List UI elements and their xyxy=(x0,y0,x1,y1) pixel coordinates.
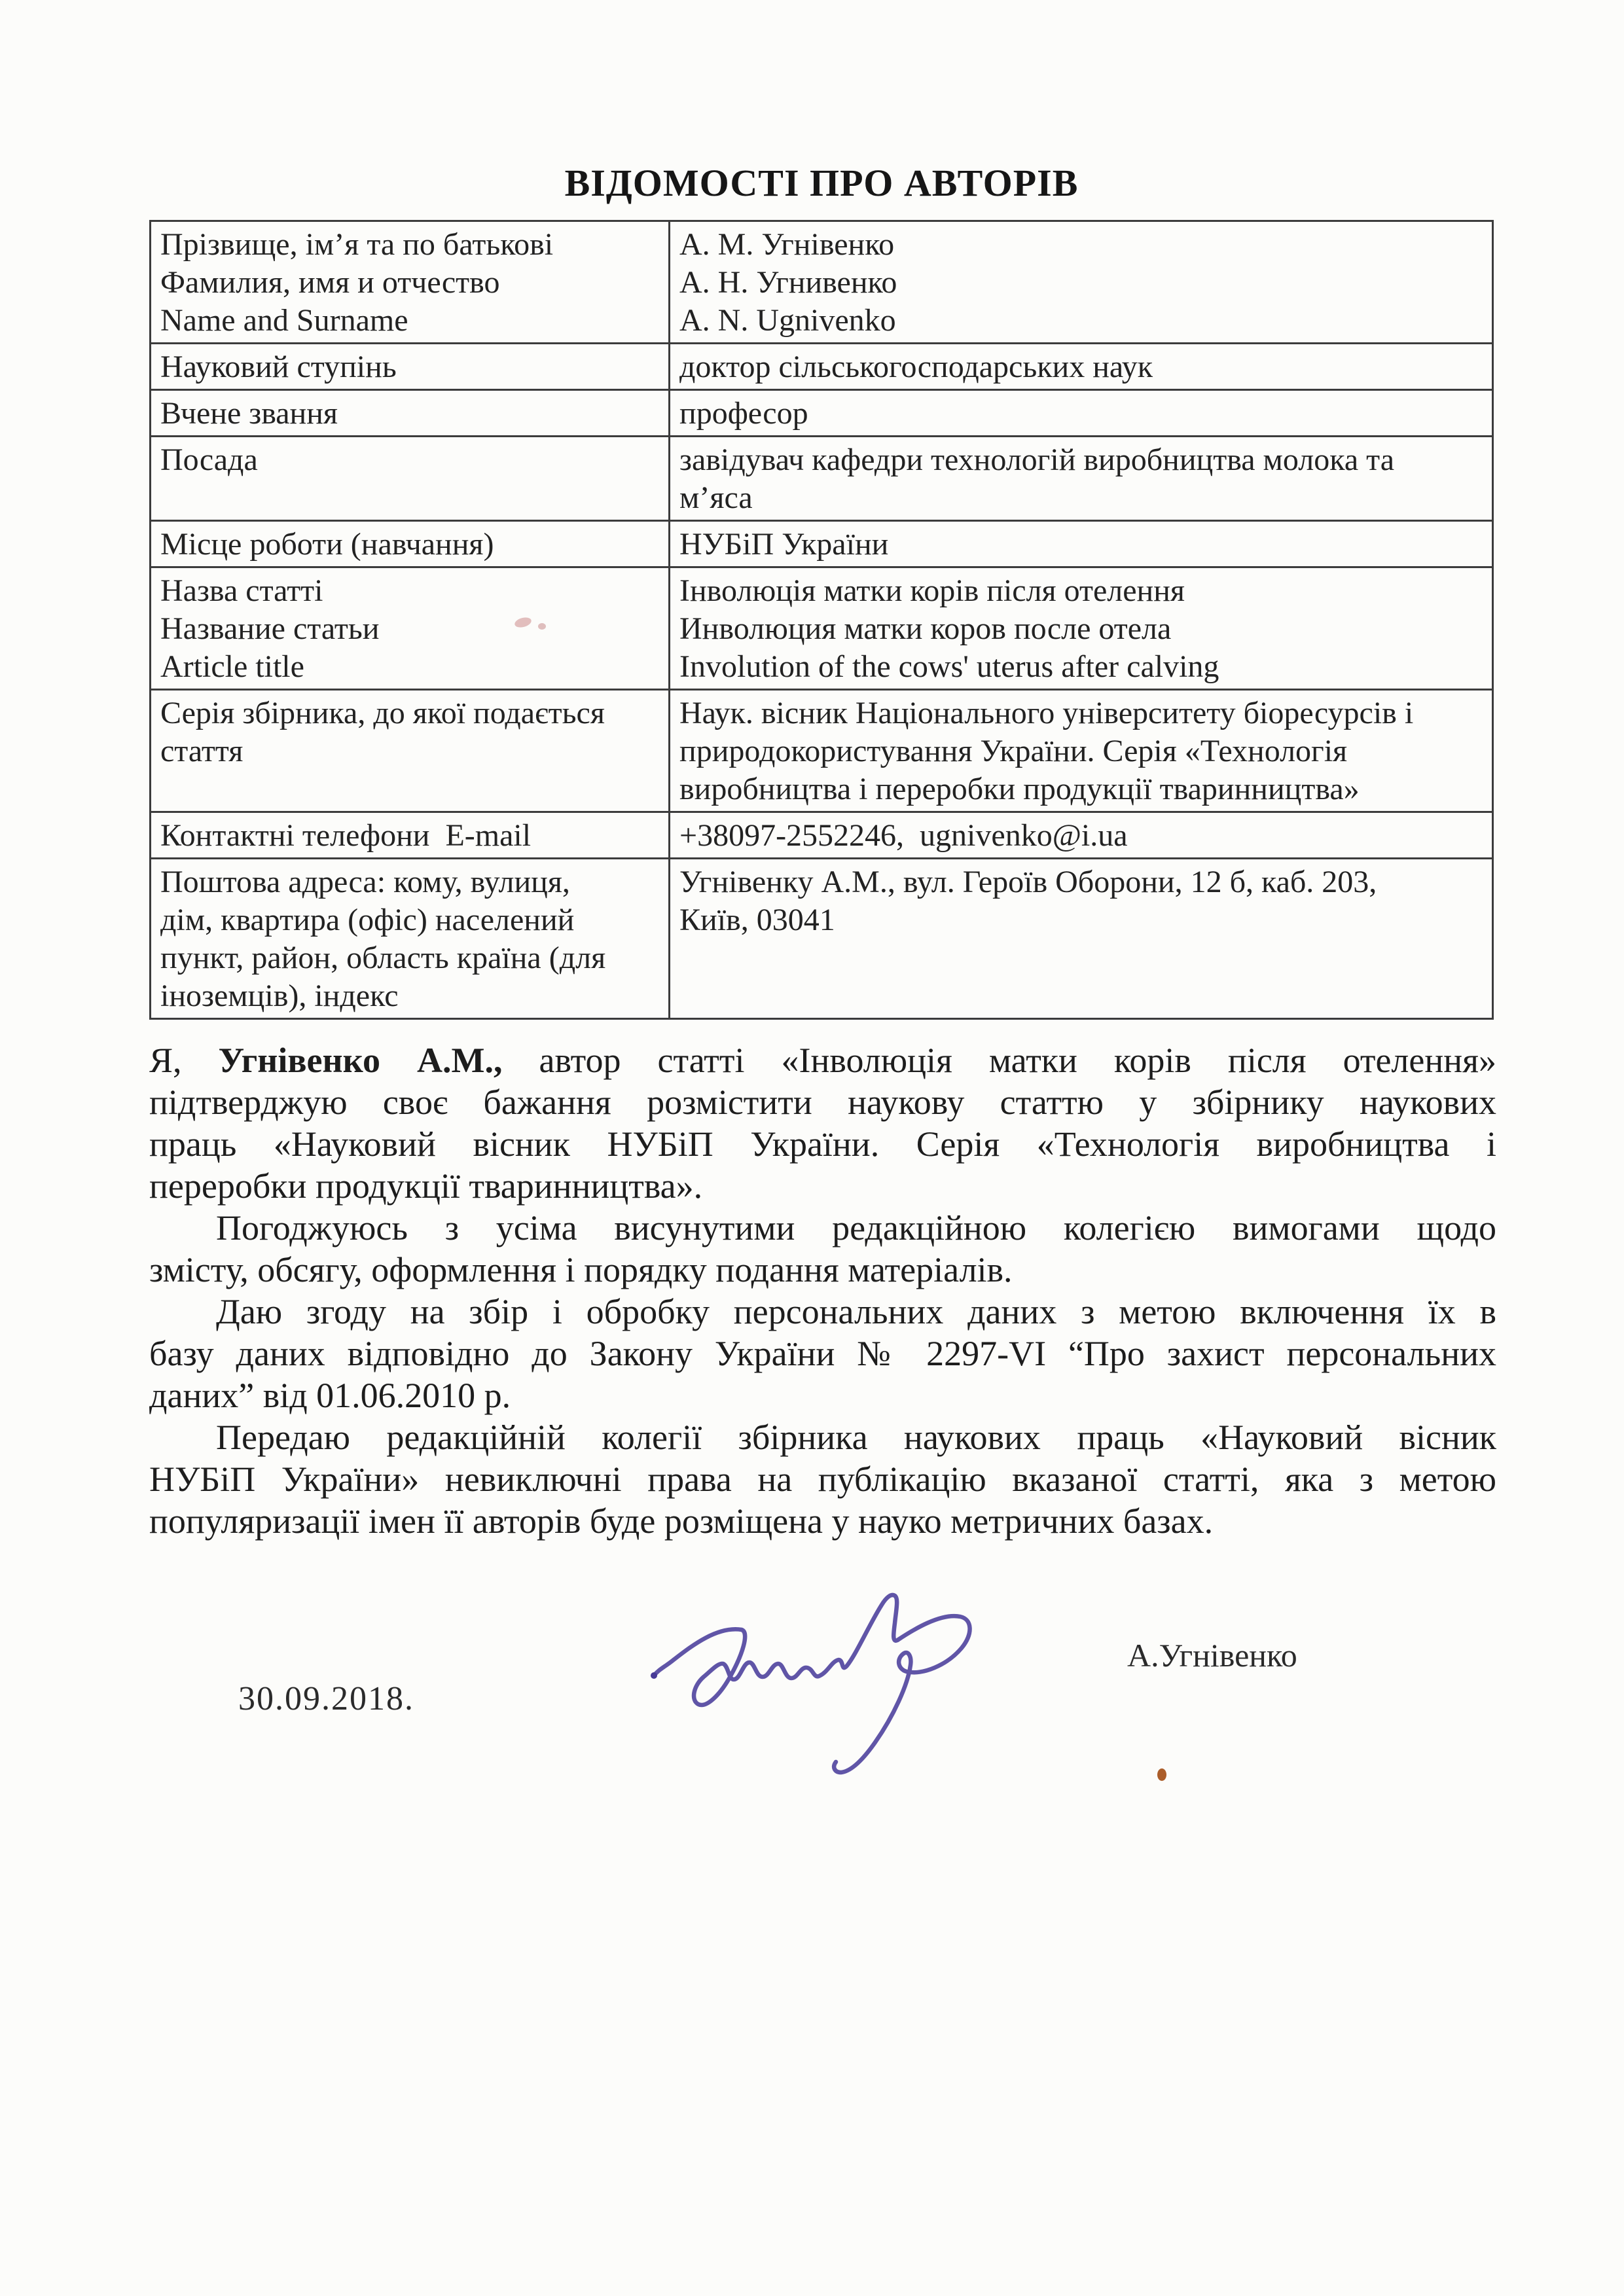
letter-line: популяризації імен її авторів буде розмі… xyxy=(149,1500,1496,1542)
row-value: НУБіП України xyxy=(670,521,1493,567)
letter-line: Я, Угнівенко А.М., автор статті «Інволюц… xyxy=(149,1039,1496,1081)
handwritten-signature xyxy=(645,1576,992,1792)
row-label: Прізвище, ім’я та по батьковіФамилия, им… xyxy=(151,221,670,344)
letter-line: Погоджуюсь з усіма висунутими редакційно… xyxy=(149,1207,1496,1249)
signer-name: А.Угнівенко xyxy=(1127,1636,1297,1674)
signature-ink-dot xyxy=(651,1672,657,1679)
row-label: Контактні телефони E-mail xyxy=(151,812,670,859)
row-label: Науковий ступінь xyxy=(151,344,670,390)
table-row-series: Серія збірника, до якої подаєтьсястаття … xyxy=(151,690,1493,812)
letter-line: змісту, обсягу, оформлення і порядку под… xyxy=(149,1249,1496,1291)
table-row-position: Посада завідувач кафедри технологій виро… xyxy=(151,437,1493,521)
row-value: +38097-2552246, ugnivenko@i.ua xyxy=(670,812,1493,859)
row-label: Вчене звання xyxy=(151,390,670,437)
authors-info-table: Прізвище, ім’я та по батьковіФамилия, им… xyxy=(149,220,1494,1020)
row-value: доктор сільськогосподарських наук xyxy=(670,344,1493,390)
table-row-postal-address: Поштова адреса: кому, вулиця,дім, кварти… xyxy=(151,859,1493,1019)
row-value: Угнівенку А.М., вул. Героїв Оборони, 12 … xyxy=(670,859,1493,1019)
row-value: Інволюція матки корів після отеленняИнво… xyxy=(670,567,1493,690)
row-value: А. М. УгнівенкоА. Н. УгнивенкоA. N. Ugni… xyxy=(670,221,1493,344)
table-row-article-title: Назва статтіНазвание статьиArticle title… xyxy=(151,567,1493,690)
row-label: Серія збірника, до якої подаєтьсястаття xyxy=(151,690,670,812)
row-value: професор xyxy=(670,390,1493,437)
letter-line: даних” від 01.06.2010 р. xyxy=(149,1374,1496,1416)
signature-date: 30.09.2018. xyxy=(238,1679,414,1718)
letter-line: переробки продукції тваринництва». xyxy=(149,1165,1496,1207)
scan-smudge xyxy=(1157,1768,1166,1781)
table-row-name: Прізвище, ім’я та по батьковіФамилия, им… xyxy=(151,221,1493,344)
scanned-document-page: ВІДОМОСТІ ПРО АВТОРІВ Прізвище, ім’я та … xyxy=(0,0,1624,2296)
row-label: Місце роботи (навчання) xyxy=(151,521,670,567)
table-row-academic-title: Вчене звання професор xyxy=(151,390,1493,437)
row-value: завідувач кафедри технологій виробництва… xyxy=(670,437,1493,521)
row-label: Посада xyxy=(151,437,670,521)
table-row-degree: Науковий ступінь доктор сільськогосподар… xyxy=(151,344,1493,390)
letter-line: Даю згоду на збір і обробку персональних… xyxy=(149,1291,1496,1333)
row-value: Наук. вісник Національного університету … xyxy=(670,690,1493,812)
letter-line: підтверджую своє бажання розмістити наук… xyxy=(149,1081,1496,1123)
row-label: Назва статтіНазвание статьиArticle title xyxy=(151,567,670,690)
consent-letter-text: Я, Угнівенко А.М., автор статті «Інволюц… xyxy=(149,1039,1496,1542)
letter-line: базу даних відповідно до Закону України … xyxy=(149,1333,1496,1374)
scan-smudge xyxy=(538,623,546,630)
table-row-contacts: Контактні телефони E-mail +38097-2552246… xyxy=(151,812,1493,859)
letter-line: Передаю редакційній колегії збірника нау… xyxy=(149,1416,1496,1458)
row-label: Поштова адреса: кому, вулиця,дім, кварти… xyxy=(151,859,670,1019)
table-row-workplace: Місце роботи (навчання) НУБіП України xyxy=(151,521,1493,567)
letter-line: праць «Науковий вісник НУБіП України. Се… xyxy=(149,1123,1496,1165)
letter-line: НУБіП України» невиключні права на публі… xyxy=(149,1458,1496,1500)
page-title: ВІДОМОСТІ ПРО АВТОРІВ xyxy=(149,161,1494,205)
